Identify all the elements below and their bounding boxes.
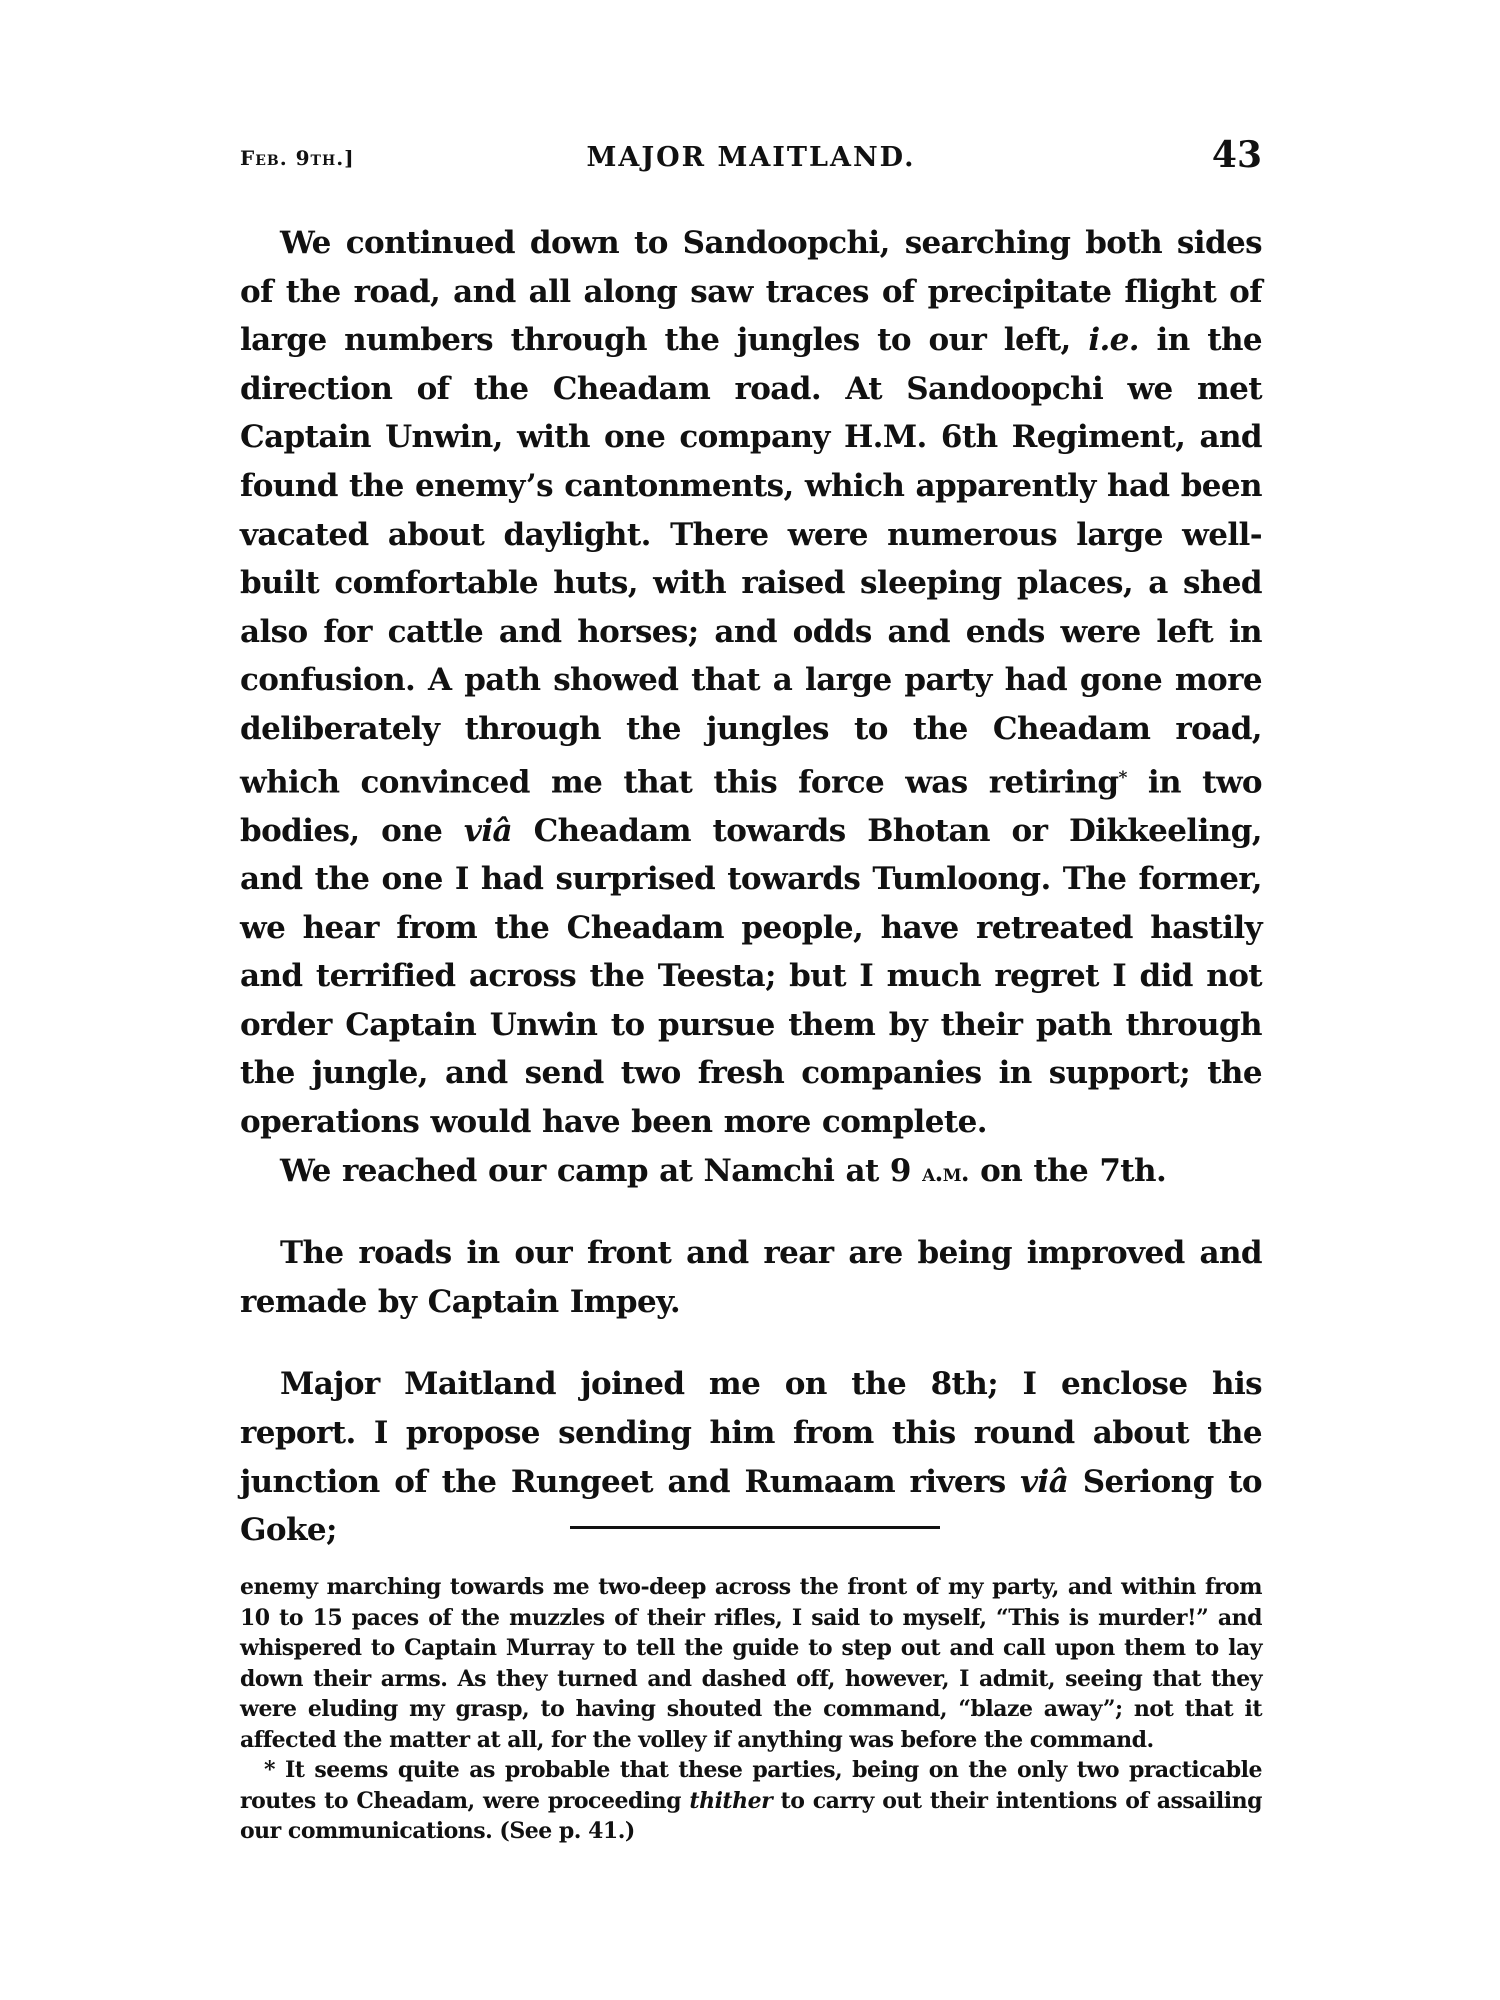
footnotes: enemy marching towards me two-deep acros…	[240, 1572, 1262, 1847]
text-run: in the direction of the Cheadam road. At…	[240, 322, 1262, 800]
page-number: 43	[1212, 134, 1262, 176]
text-run: We reached our camp at Namchi at 9	[280, 1153, 922, 1189]
text-run: on the 7th.	[969, 1153, 1166, 1189]
italic-ie: i.e.	[1088, 322, 1139, 358]
text-run: Cheadam towards Bhotan or Dikkeeling, an…	[240, 813, 1262, 1141]
footnote-asterisk: * It seems quite as probable that these …	[240, 1755, 1262, 1847]
paragraph-roads: The roads in our front and rear are bein…	[240, 1229, 1262, 1326]
footnote-marker: *	[264, 1757, 275, 1783]
italic-via: viâ	[1020, 1464, 1068, 1500]
italic-thither: thither	[689, 1788, 772, 1814]
paragraph-sandoopchi: We continued down to Sandoopchi, searchi…	[240, 219, 1262, 1147]
italic-via: viâ	[464, 813, 512, 849]
footnote-marker: *	[1118, 768, 1126, 788]
small-caps-am: a.m.	[922, 1158, 969, 1187]
running-head-title: MAJOR MAITLAND.	[240, 142, 1262, 173]
paragraph-namchi: We reached our camp at Namchi at 9 a.m. …	[240, 1147, 1262, 1198]
main-text: We continued down to Sandoopchi, searchi…	[240, 219, 1262, 1555]
footnote-divider	[570, 1526, 940, 1529]
footnote-continued: enemy marching towards me two-deep acros…	[240, 1572, 1262, 1755]
running-head: Feb. 9th.] MAJOR MAITLAND. 43	[240, 140, 1262, 180]
